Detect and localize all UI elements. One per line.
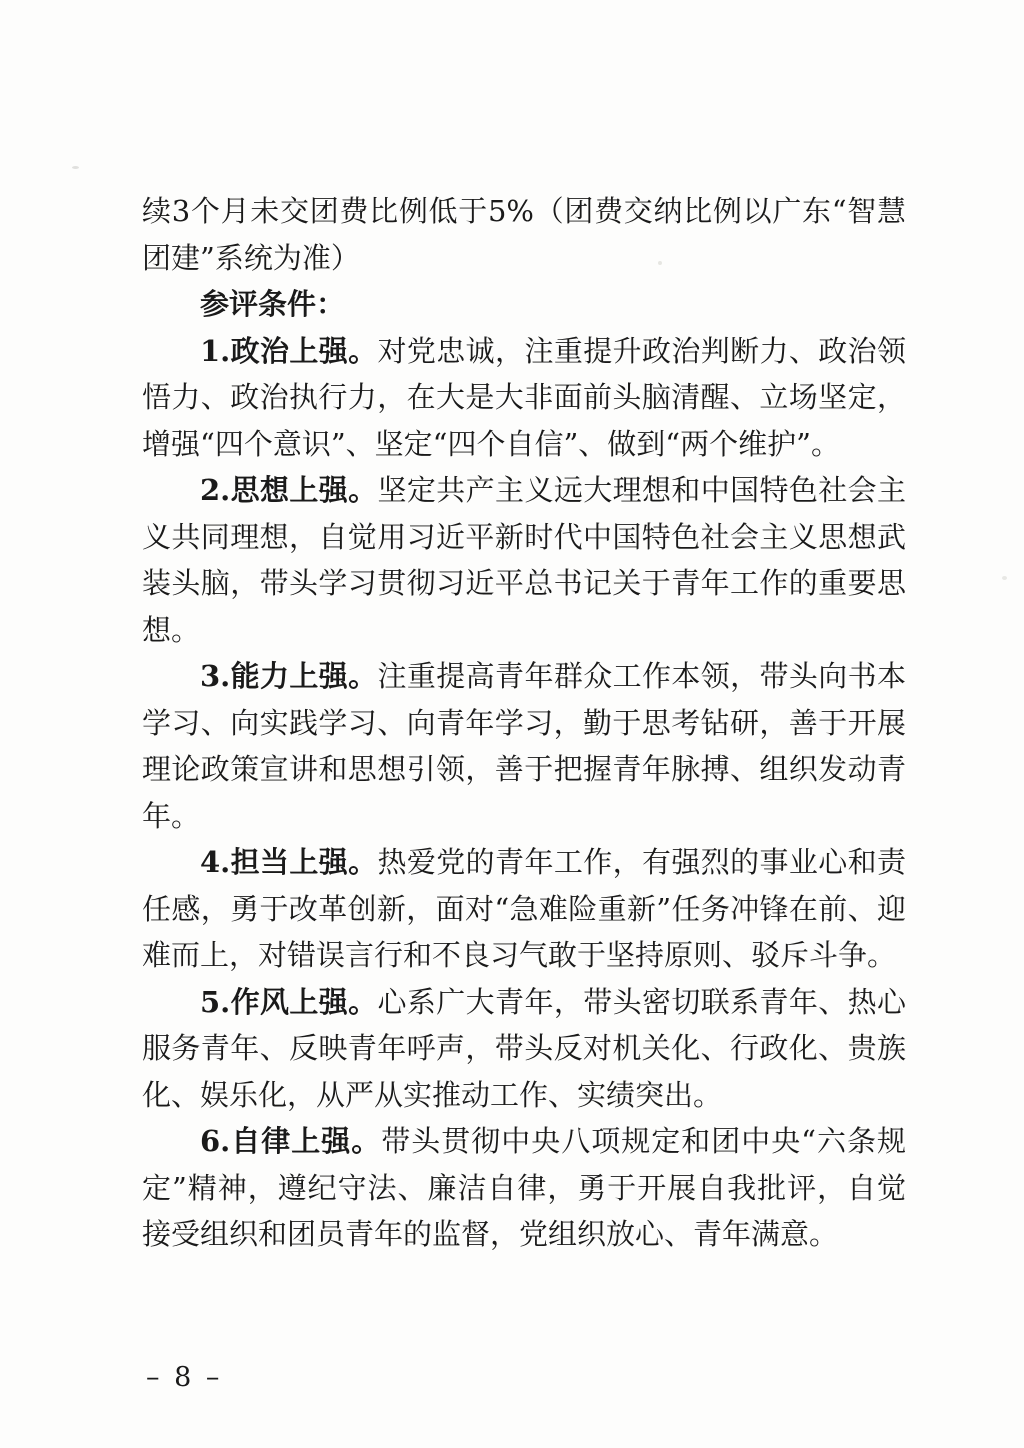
section-heading: 参评条件： [142, 281, 906, 328]
scan-speck [72, 166, 79, 169]
list-item-6: 6.自律上强。带头贯彻中央八项规定和团中央“六条规定”精神，遵纪守法、廉洁自律，… [142, 1118, 906, 1258]
scan-speck [1002, 576, 1007, 580]
list-item-3: 3.能力上强。注重提高青年群众工作本领，带头向书本学习、向实践学习、向青年学习，… [142, 653, 906, 839]
document-body: 续3个月未交团费比例低于5%（团费交纳比例以广东“智慧团建”系统为准） 参评条件… [142, 188, 906, 1258]
list-item-3-lead: 3.能力上强。 [200, 659, 378, 693]
list-item-1-lead: 1.政治上强。 [200, 334, 378, 368]
list-item-4: 4.担当上强。热爱党的青年工作，有强烈的事业心和责任感，勇于改革创新，面对“急难… [142, 839, 906, 979]
list-item-5-lead: 5.作风上强。 [200, 985, 378, 1019]
list-item-2: 2.思想上强。坚定共产主义远大理想和中国特色社会主义共同理想，自觉用习近平新时代… [142, 467, 906, 653]
list-item-2-lead: 2.思想上强。 [200, 473, 378, 507]
page-number: – 8 – [146, 1362, 222, 1393]
list-item-4-lead: 4.担当上强。 [200, 845, 378, 879]
list-item-1: 1.政治上强。对党忠诚，注重提升政治判断力、政治领悟力、政治执行力，在大是大非面… [142, 328, 906, 468]
list-item-5: 5.作风上强。心系广大青年，带头密切联系青年、热心服务青年、反映青年呼声，带头反… [142, 979, 906, 1119]
list-item-6-lead: 6.自律上强。 [200, 1124, 381, 1158]
paragraph-continuation: 续3个月未交团费比例低于5%（团费交纳比例以广东“智慧团建”系统为准） [142, 188, 906, 281]
document-page: 续3个月未交团费比例低于5%（团费交纳比例以广东“智慧团建”系统为准） 参评条件… [0, 0, 1024, 1448]
